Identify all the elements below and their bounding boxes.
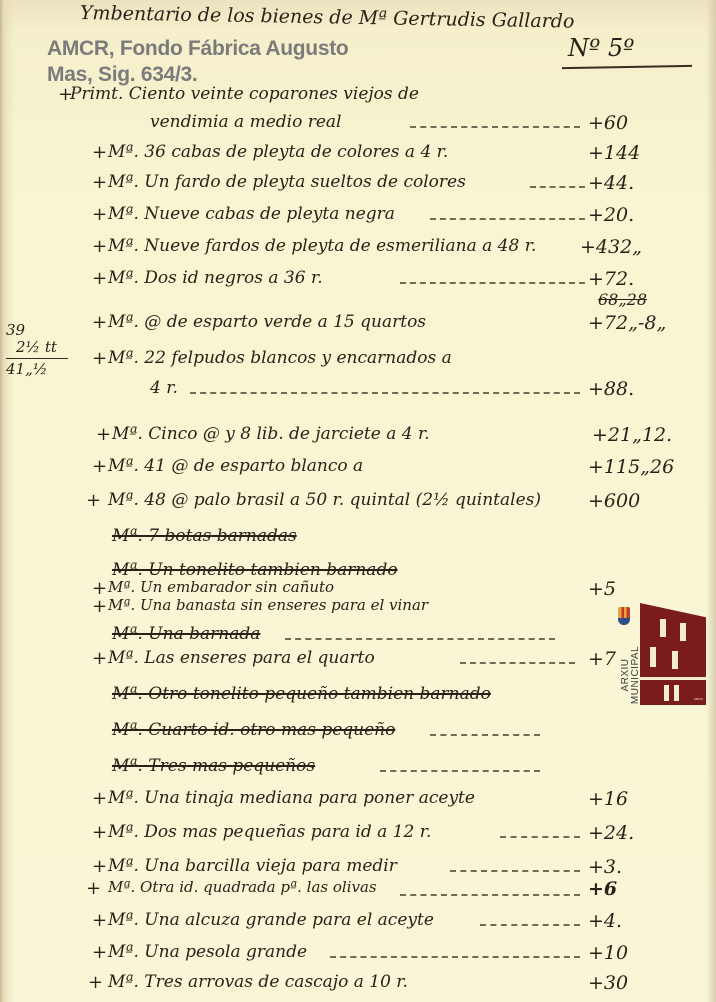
entry-row: + Mª. 41 @ de esparto blanco a +115„26 bbox=[0, 456, 716, 488]
entry-amount: +6 bbox=[588, 878, 617, 900]
entry-row: Mª. Otro tonelito pequeño tambien barnad… bbox=[0, 684, 716, 716]
entry-desc: Primt. Ciento veinte coparones viejos de bbox=[70, 84, 419, 104]
entry-row: + Mª. Una alcuza grande para el aceyte +… bbox=[0, 910, 716, 942]
archive-caption: AMCR, Fondo Fábrica Augusto Mas, Sig. 63… bbox=[47, 36, 427, 88]
entry-desc: Mª. 41 @ de esparto blanco a bbox=[108, 456, 363, 476]
entry-row: + Mª. Dos mas pequeñas para id a 12 r. +… bbox=[0, 822, 716, 854]
entry-row: + Mª. Tres arrovas de cascajo a 10 r. +3… bbox=[0, 972, 716, 1002]
leader-dots bbox=[530, 186, 585, 188]
coat-of-arms-icon bbox=[618, 607, 630, 625]
entry-desc-struck: Mª. Otro tonelito pequeño tambien barnad… bbox=[112, 684, 491, 704]
entry-desc: Mª. Nueve cabas de pleyta negra bbox=[108, 204, 395, 224]
entry-amount: +20. bbox=[588, 204, 634, 226]
entry-desc: vendimia a medio real bbox=[150, 112, 341, 132]
entry-row: + Mª. Una tinaja mediana para poner acey… bbox=[0, 788, 716, 820]
entry-row: + Mª. Las enseres para el quarto +7 bbox=[0, 648, 716, 680]
entry-amount: +600 bbox=[588, 490, 640, 512]
leader-dots bbox=[380, 770, 540, 772]
entry-row: + Mª. 36 cabas de pleyta de colores a 4 … bbox=[0, 142, 716, 174]
entry-amount: +60 bbox=[588, 112, 628, 134]
entry-amount: +88. bbox=[588, 378, 634, 400]
entry-row: + Mª. 22 felpudos blancos y encarnados a bbox=[0, 348, 716, 380]
entry-row: + Mª. 48 @ palo brasil a 50 r. quintal (… bbox=[0, 490, 716, 522]
entry-row: vendimia a medio real +60 bbox=[0, 112, 716, 144]
leader-dots bbox=[430, 734, 540, 736]
leader-dots bbox=[460, 662, 575, 664]
entry-desc: 4 r. bbox=[150, 378, 178, 398]
entry-desc: Mª. Un embarador sin cañuto bbox=[108, 578, 334, 596]
entry-desc-struck: Mª. Un tonelito tambien barnado bbox=[112, 560, 398, 580]
leader-dots bbox=[190, 392, 580, 394]
entry-amount: +3. bbox=[588, 856, 622, 878]
leader-dots bbox=[330, 956, 580, 958]
leader-dots bbox=[430, 218, 585, 220]
entry-desc: Mª. Una tinaja mediana para poner aceyte bbox=[108, 788, 475, 808]
arxiu-municipal-logo: ARXIUMUNICIPAL ARXIU bbox=[614, 603, 708, 707]
leader-dots bbox=[500, 836, 580, 838]
entry-desc: Mª. 48 @ palo brasil a 50 r. quintal (2½… bbox=[108, 490, 541, 510]
manuscript-page: Ymbentario de los bienes de Mª Gertrudis… bbox=[0, 0, 716, 1002]
entry-row: Mª. 7 botas barnadas bbox=[0, 526, 716, 558]
entry-amount: +144 bbox=[588, 142, 640, 164]
entry-desc-struck: Mª. Cuarto id. otro mas pequeño bbox=[112, 720, 395, 740]
leader-dots bbox=[450, 870, 580, 872]
entry-desc: Mª. Una banasta sin enseres para el vina… bbox=[108, 596, 428, 614]
entry-desc: Mª. Dos id negros a 36 r. bbox=[108, 268, 323, 288]
entry-desc: Mª. @ de esparto verde a 15 quartos bbox=[108, 312, 426, 332]
entry-row: Mª. Cuarto id. otro mas pequeño bbox=[0, 720, 716, 752]
entry-desc: Mª. 22 felpudos blancos y encarnados a bbox=[108, 348, 452, 368]
entry-amount: +10 bbox=[588, 942, 628, 964]
entry-desc-struck: Mª. 7 botas barnadas bbox=[112, 526, 297, 546]
leader-dots bbox=[285, 638, 555, 640]
document-title: Ymbentario de los bienes de Mª Gertrudis… bbox=[80, 2, 575, 33]
entry-desc: Mª. Una pesola grande bbox=[108, 942, 307, 962]
entry-row: + Mª. @ de esparto verde a 15 quartos +7… bbox=[0, 312, 716, 344]
entry-desc-struck: Mª. Tres mas pequeños bbox=[112, 756, 315, 776]
entry-amount: +16 bbox=[588, 788, 628, 810]
entry-row: + Mª. Cinco @ y 8 lib. de jarciete a 4 r… bbox=[0, 424, 716, 456]
struck-amount: 68„28 bbox=[598, 290, 647, 309]
entry-desc: Mª. Dos mas pequeñas para id a 12 r. bbox=[108, 822, 431, 842]
entry-desc: Mª. Nueve fardos de pleyta de esmerilian… bbox=[108, 236, 536, 256]
leader-dots bbox=[410, 126, 580, 128]
entry-desc: Mª. Cinco @ y 8 lib. de jarciete a 4 r. bbox=[112, 424, 430, 444]
entry-row: + Mª. Una pesola grande +10 bbox=[0, 942, 716, 974]
leader-dots bbox=[400, 282, 585, 284]
leader-dots bbox=[480, 924, 580, 926]
entry-row: + Mª. Nueve fardos de pleyta de esmerili… bbox=[0, 236, 716, 268]
entry-amount: +4. bbox=[588, 910, 622, 932]
entry-desc: Mª. Otra id. quadrada pª. las olivas bbox=[108, 878, 377, 896]
entry-amount: +24. bbox=[588, 822, 634, 844]
entry-desc: Mª. 36 cabas de pleyta de colores a 4 r. bbox=[108, 142, 448, 162]
folio-underline bbox=[562, 65, 692, 69]
entry-desc: Mª. Una barcilla vieja para medir bbox=[108, 856, 397, 876]
folio-number: Nº 5º bbox=[568, 34, 634, 62]
entry-row: Mª. Tres mas pequeños bbox=[0, 756, 716, 788]
building-icon: ARXIU bbox=[640, 603, 706, 705]
entry-row: + Mª. Nueve cabas de pleyta negra +20. bbox=[0, 204, 716, 236]
leader-dots bbox=[400, 894, 580, 896]
entry-amount: +432„ bbox=[580, 236, 642, 258]
entry-row: + Mª. Un fardo de pleyta sueltos de colo… bbox=[0, 172, 716, 204]
entry-amount: +30 bbox=[588, 972, 628, 994]
entry-desc: Mª. Tres arrovas de cascajo a 10 r. bbox=[108, 972, 408, 992]
entry-amount: +72. bbox=[588, 268, 634, 290]
entry-amount: +115„26 bbox=[588, 456, 674, 478]
entry-amount: +21„12. bbox=[592, 424, 672, 446]
entry-desc-struck: Mª. Una barnada bbox=[112, 624, 260, 644]
caption-line-1: AMCR, Fondo Fábrica Augusto bbox=[47, 36, 427, 62]
entry-row: 4 r. +88. bbox=[0, 378, 716, 410]
logo-text: ARXIUMUNICIPAL bbox=[621, 644, 641, 706]
entry-desc: Mª. Un fardo de pleyta sueltos de colore… bbox=[108, 172, 466, 192]
entry-row: + Mª. Otra id. quadrada pª. las olivas +… bbox=[0, 878, 716, 910]
entry-amount: +72„-8„ bbox=[588, 312, 666, 334]
entry-desc: Mª. Una alcuza grande para el aceyte bbox=[108, 910, 434, 930]
entry-amount: +44. bbox=[588, 172, 634, 194]
entry-desc: Mª. Las enseres para el quarto bbox=[108, 648, 375, 668]
entry-amount: +7 bbox=[588, 648, 616, 670]
